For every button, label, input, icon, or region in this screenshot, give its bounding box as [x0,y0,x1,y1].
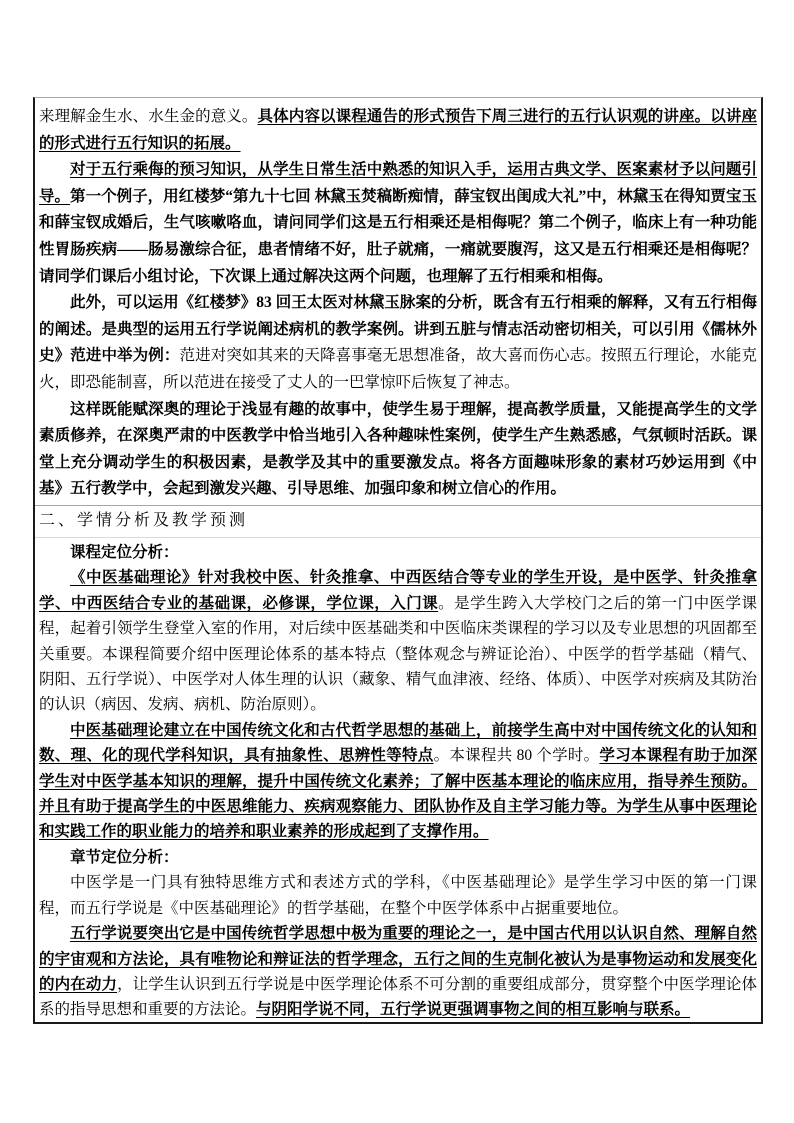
table-cell-teaching-content: 来理解金生水、水生金的意义。具体内容以课程通告的形式预告下周三进行的五行认识观的… [35,98,761,506]
paragraph-wuxing-importance: 五行学说要突出它是中国传统哲学思想中极为重要的理论之一，是中国古代用以认识自然、… [39,921,757,1022]
paragraph-teaching-effect: 这样既能赋深奥的理论于浅显有趣的故事中，使学生易于理解，提高教学质量，又能提高学… [39,397,757,503]
table-cell-analysis: 课程定位分析： 《中医基础理论》针对我校中医、针灸推拿、中西医结合等专业的学生开… [35,538,761,1022]
text-segment-bold: 第一个例子，用红楼梦“第九十七回 林黛玉焚稿断痴情，薛宝钗出闺成大礼”中，林黛玉… [39,188,757,285]
paragraph-course-foundation: 中医基础理论建立在中国传统文化和古代哲学思想的基础上，前接学生高中对中国传统文化… [39,718,757,845]
document-page: 来理解金生水、水生金的意义。具体内容以课程通告的形式预告下周三进行的五行认识观的… [0,0,794,1123]
paragraph-chapter-intro: 中医学是一门具有独特思维方式和表述方式的学科，《中医基础理论》是学生学习中医的第… [39,870,757,921]
lesson-plan-table: 来理解金生水、水生金的意义。具体内容以课程通告的形式预告下周三进行的五行认识观的… [33,97,763,1024]
text-segment: 。本课程共 80 个学时。 [434,747,600,764]
text-segment: 。是学生跨入大学校门之后的第一门中医学课程，起着引领学生登堂入室的作用，对后续中… [39,595,757,714]
paragraph-wuxing-chengwu: 对于五行乘侮的预习知识，从学生日常生活中熟悉的知识入手，运用古典文学、医案素材予… [39,157,757,290]
subsection-heading-course-positioning: 课程定位分析： [39,540,757,565]
text-segment: 中医学是一门具有独特思维方式和表述方式的学科，《中医基础理论》是学生学习中医的第… [39,874,757,916]
section-title: 二、学情分析及教学预测 [39,512,248,529]
subsection-heading-chapter-positioning: 章节定位分析： [39,845,757,870]
text-segment: 来理解金生水、水生金的意义。 [39,108,258,125]
paragraph-continuation: 来理解金生水、水生金的意义。具体内容以课程通告的形式预告下周三进行的五行认识观的… [39,104,757,157]
section-header-row: 二、学情分析及教学预测 [35,506,761,538]
text-segment-emphasis: 与阴阳学说不同，五行学说更强调事物之间的相互影响与联系。 [256,1001,690,1018]
paragraph-course-intro: 《中医基础理论》针对我校中医、针灸推拿、中西医结合等专业的学生开设，是中医学、针… [39,565,757,717]
text-segment-bold: 这样既能赋深奥的理论于浅显有趣的故事中，使学生易于理解，提高教学质量，又能提高学… [39,401,757,498]
paragraph-hongloumeng-case: 此外，可以运用《红楼梦》83 回王太医对林黛玉脉案的分析，既含有五行相乘的解释，… [39,290,757,396]
